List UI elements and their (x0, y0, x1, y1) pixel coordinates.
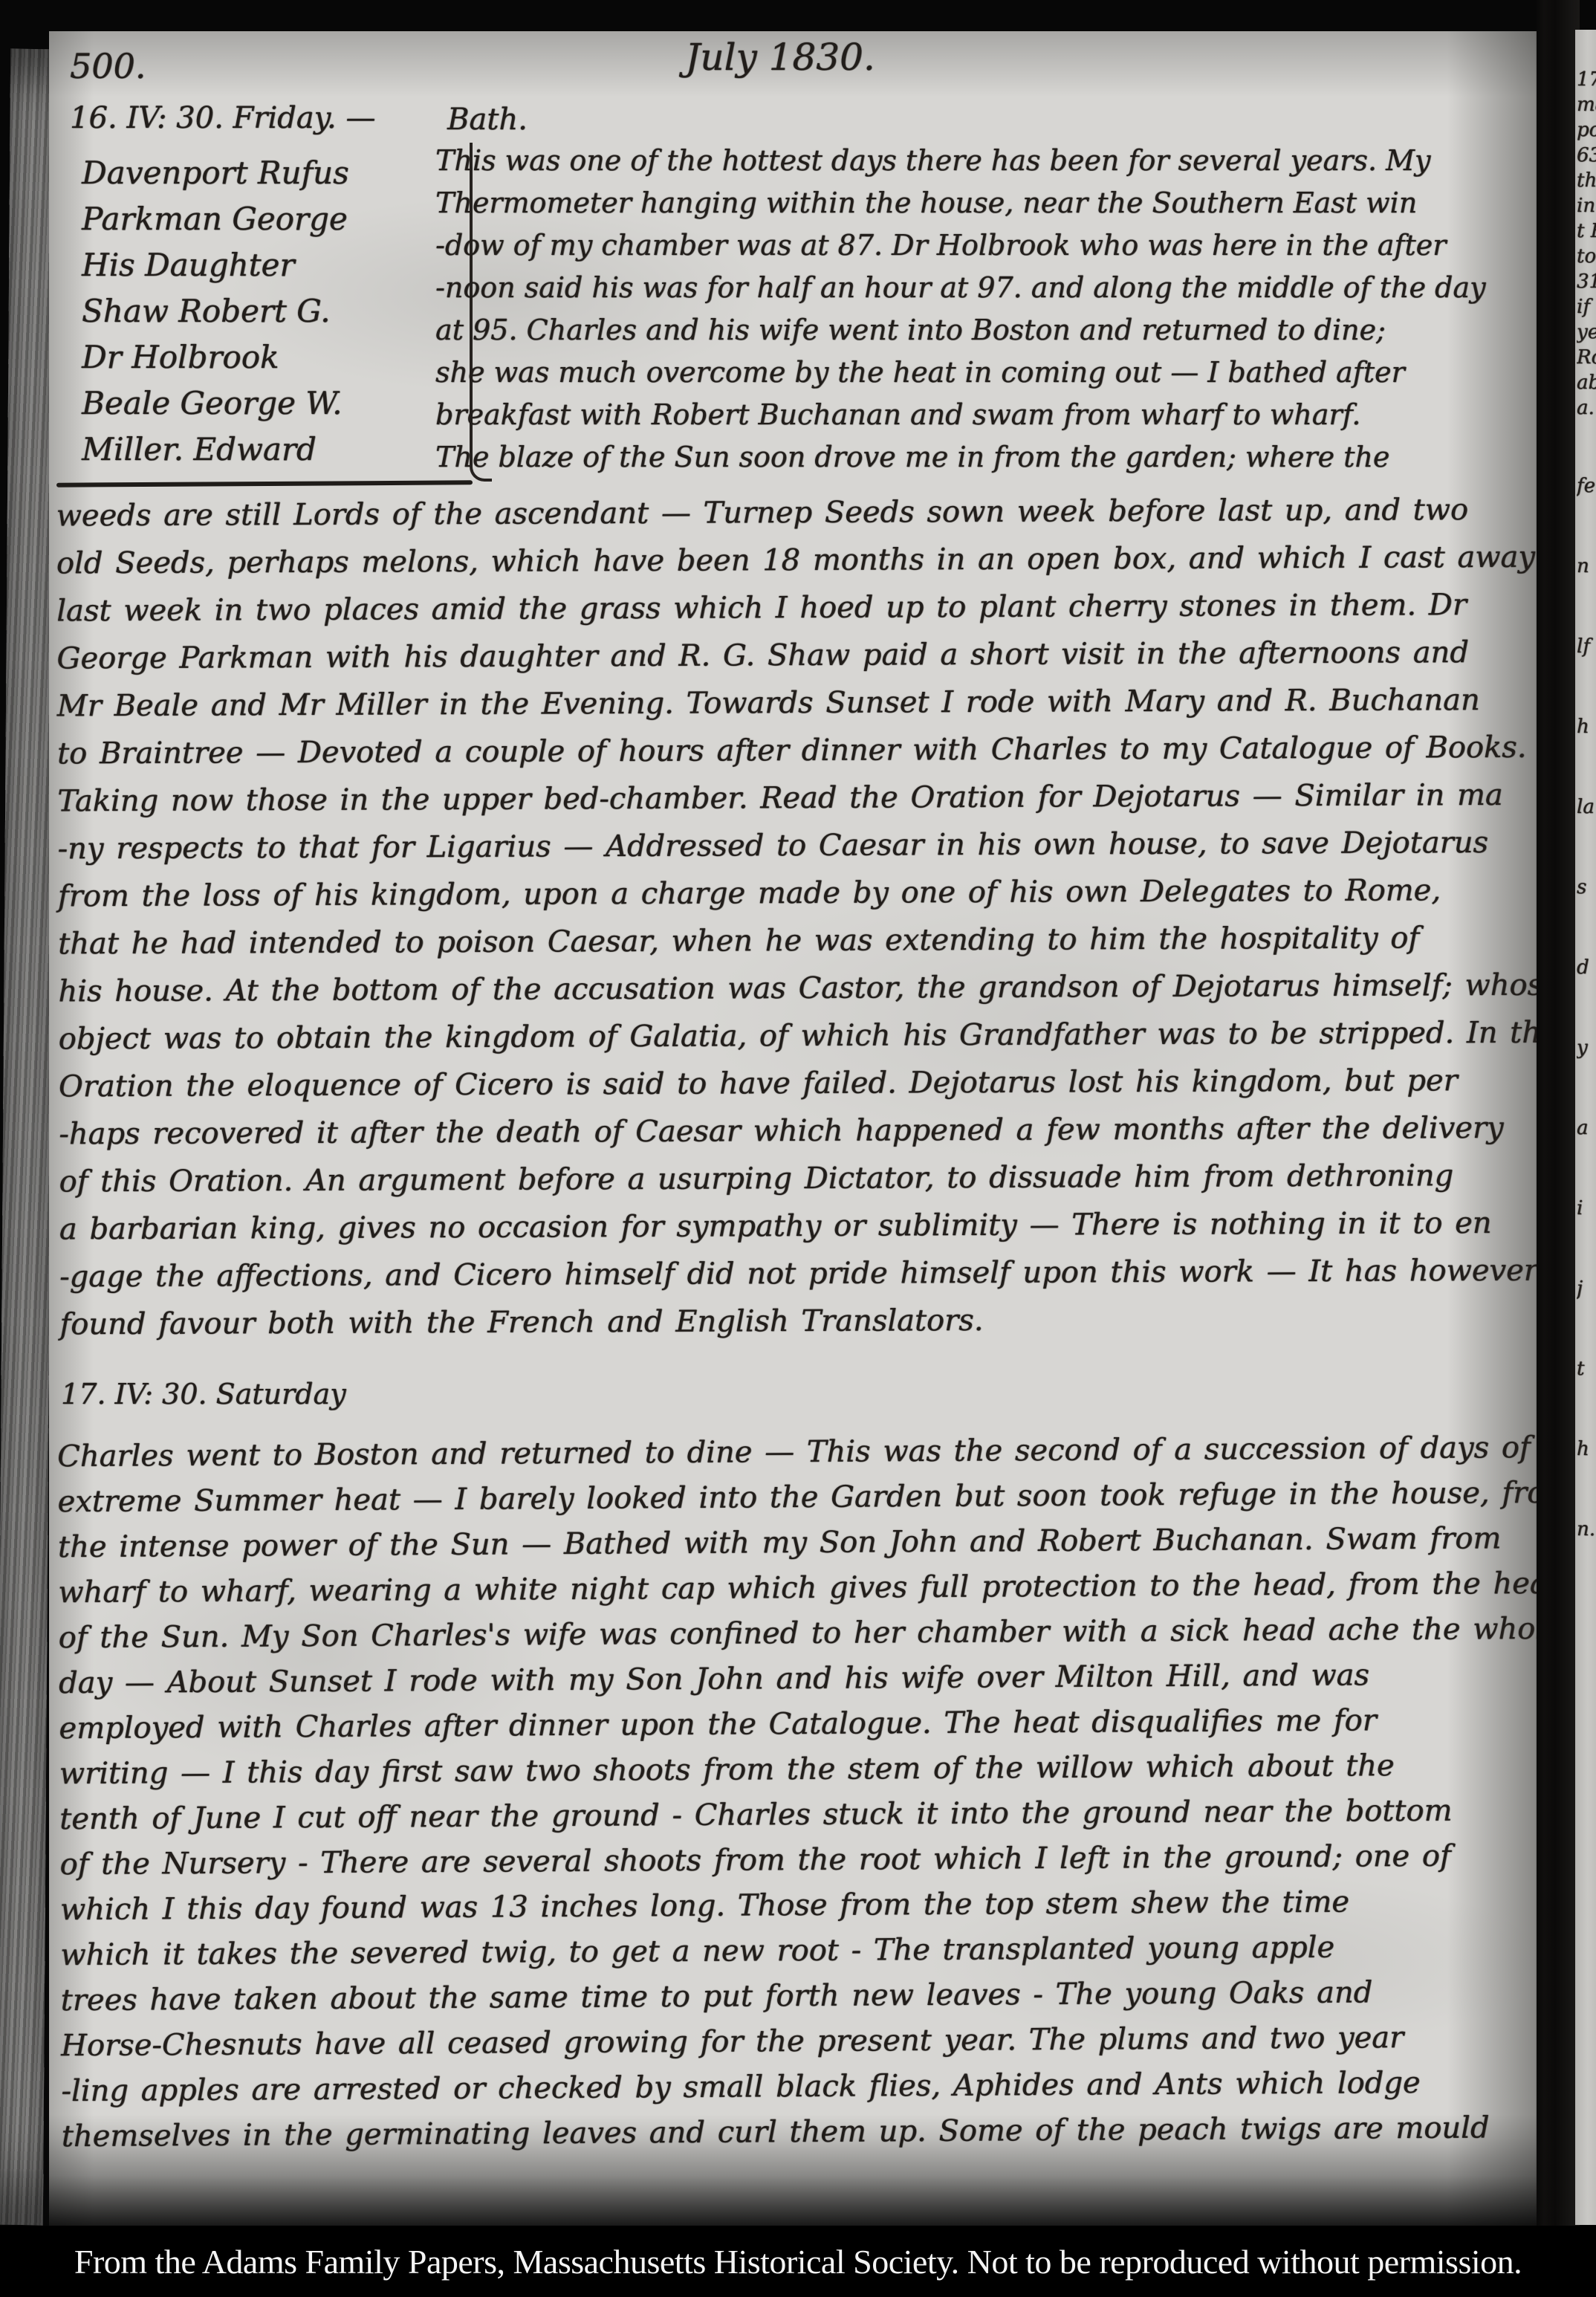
entry1-text-line: George Parkman with his daughter and R. … (56, 629, 1537, 683)
facing-page-fragment: if (1577, 294, 1596, 320)
entry1-text-line: The blaze of the Sun soon drove me in fr… (435, 436, 1535, 479)
entry1-text-line: found favour both with the French and En… (59, 1295, 1537, 1349)
facing-page-fragment: h (1577, 687, 1596, 767)
facing-page-fragment: 17.— (1577, 67, 1596, 92)
facing-page-fragment: in — (1577, 193, 1596, 218)
visitor-name: Dr Holbrook (82, 334, 349, 380)
page-number: 500. (70, 46, 146, 86)
visitor-name-list: Davenport RufusParkman GeorgeHis Daughte… (82, 150, 349, 473)
entry1-text-line: This was one of the hottest days there h… (435, 140, 1535, 182)
facing-page-fragment: j (1577, 1248, 1596, 1329)
facing-page-fragment: a. (1577, 395, 1596, 421)
facing-page-fragments-top: 17.—mapos63thein —t Rto —31ifyeRoaba. (1577, 67, 1596, 421)
visitor-name: Davenport Rufus (82, 150, 349, 196)
entry1-text-line: that he had intended to poison Caesar, w… (58, 914, 1537, 968)
entry1-text-line: -dow of my chamber was at 87. Dr Holbroo… (435, 224, 1535, 267)
entry1-text-line: of this Oration. An argument before a us… (59, 1152, 1537, 1206)
entry1-text-line: to Braintree — Devoted a couple of hours… (57, 724, 1537, 778)
facing-page-fragment: 63 (1577, 143, 1596, 168)
book-gutter-shadow (1535, 0, 1580, 2226)
entry1-text-line: -haps recovered it after the death of Ca… (59, 1104, 1537, 1159)
facing-page-fragment: pos (1577, 117, 1596, 143)
entry1-text-line: old Seeds, perhaps melons, which have be… (56, 534, 1537, 588)
visitor-name: Miller. Edward (82, 427, 349, 473)
facing-page-fragment: lf (1577, 606, 1596, 687)
entry1-text-line: a barbarian king, gives no occasion for … (59, 1199, 1537, 1254)
facing-page-fragment: a (1577, 1088, 1596, 1168)
entry1-text-line: -ny respects to that for Ligarius — Addr… (57, 819, 1537, 873)
entry2-text-line: themselves in the germinating leaves and… (62, 2105, 1537, 2160)
facing-page-sliver: 17.—mapos63thein —t Rto —31ifyeRoaba. fe… (1575, 30, 1596, 2225)
entry2-text: Charles went to Boston and returned to d… (57, 1425, 1537, 2160)
entry1-column-text: This was one of the hottest days there h… (435, 140, 1535, 479)
entry1-text-line: last week in two places amid the grass w… (56, 581, 1537, 635)
entry1-text-line: Oration the eloquence of Cicero is said … (59, 1057, 1537, 1111)
facing-page-fragment: the (1577, 168, 1596, 193)
entry1-text-line: Mr Beale and Mr Miller in the Evening. T… (57, 676, 1537, 730)
entry1-text-line: Thermometer hanging within the house, ne… (435, 182, 1535, 224)
month-header: July 1830. (594, 36, 966, 79)
visitor-name: Shaw Robert G. (82, 288, 349, 334)
facing-page-fragment: t R (1577, 218, 1596, 244)
entry1-date-heading: 16. IV: 30. Friday. — (70, 101, 375, 135)
entry1-place-label: Bath. (447, 103, 528, 137)
facing-page-fragment: fe (1577, 446, 1596, 526)
entry1-text-line: at 95. Charles and his wife went into Bo… (435, 309, 1535, 351)
entry2-date-heading: 17. IV: 30. Saturday (61, 1378, 346, 1410)
visitor-name: His Daughter (82, 242, 349, 288)
entry1-text-line: his house. At the bottom of the accusati… (58, 962, 1537, 1016)
facing-page-fragment: h (1577, 1409, 1596, 1489)
visitor-name: Parkman George (82, 196, 349, 242)
facing-page-fragment: s (1577, 847, 1596, 927)
entry1-text-line: from the loss of his kingdom, upon a cha… (58, 866, 1537, 921)
facing-page-fragment: ma (1577, 92, 1596, 117)
entry1-text-line: breakfast with Robert Buchanan and swam … (435, 394, 1535, 436)
manuscript-page: 500. July 1830. 16. IV: 30. Friday. — Ba… (49, 31, 1537, 2226)
visitor-name: Beale George W. (82, 380, 349, 427)
facing-page-fragment: ab (1577, 370, 1596, 395)
entry1-text-line: object was to obtain the kingdom of Gala… (59, 1009, 1537, 1063)
facing-page-fragment: t (1577, 1329, 1596, 1409)
entry1-text-line: Taking now those in the upper bed-chambe… (57, 771, 1537, 826)
facing-page-fragment: n (1577, 526, 1596, 606)
entry1-text-line: -gage the affections, and Cicero himself… (59, 1247, 1537, 1301)
facing-page-fragment: la (1577, 767, 1596, 847)
facing-page-fragment: i (1577, 1168, 1596, 1248)
footer-bar: From the Adams Family Papers, Massachuse… (0, 2226, 1596, 2297)
visitor-list-underline (56, 480, 473, 487)
facing-page-fragment: to — (1577, 244, 1596, 269)
entry1-text-line: weeds are still Lords of the ascendant —… (56, 486, 1536, 540)
scanned-diary-page: 500. July 1830. 16. IV: 30. Friday. — Ba… (0, 0, 1596, 2297)
facing-page-fragment: Ro (1577, 345, 1596, 370)
entry1-fullwidth-text: weeds are still Lords of the ascendant —… (56, 486, 1537, 1349)
facing-page-fragment: ye (1577, 320, 1596, 345)
entry1-text-line: -noon said his was for half an hour at 9… (435, 267, 1535, 309)
facing-page-fragments-lower: fenlfhlasdyaijthn. (1577, 446, 1596, 1569)
entry1-text-line: she was much overcome by the heat in com… (435, 351, 1535, 394)
facing-page-fragment: 31 (1577, 269, 1596, 294)
facing-page-fragment: n. (1577, 1489, 1596, 1569)
facing-page-fragment: y (1577, 1008, 1596, 1088)
footer-caption: From the Adams Family Papers, Massachuse… (74, 2242, 1522, 2281)
facing-page-fragment: d (1577, 927, 1596, 1008)
